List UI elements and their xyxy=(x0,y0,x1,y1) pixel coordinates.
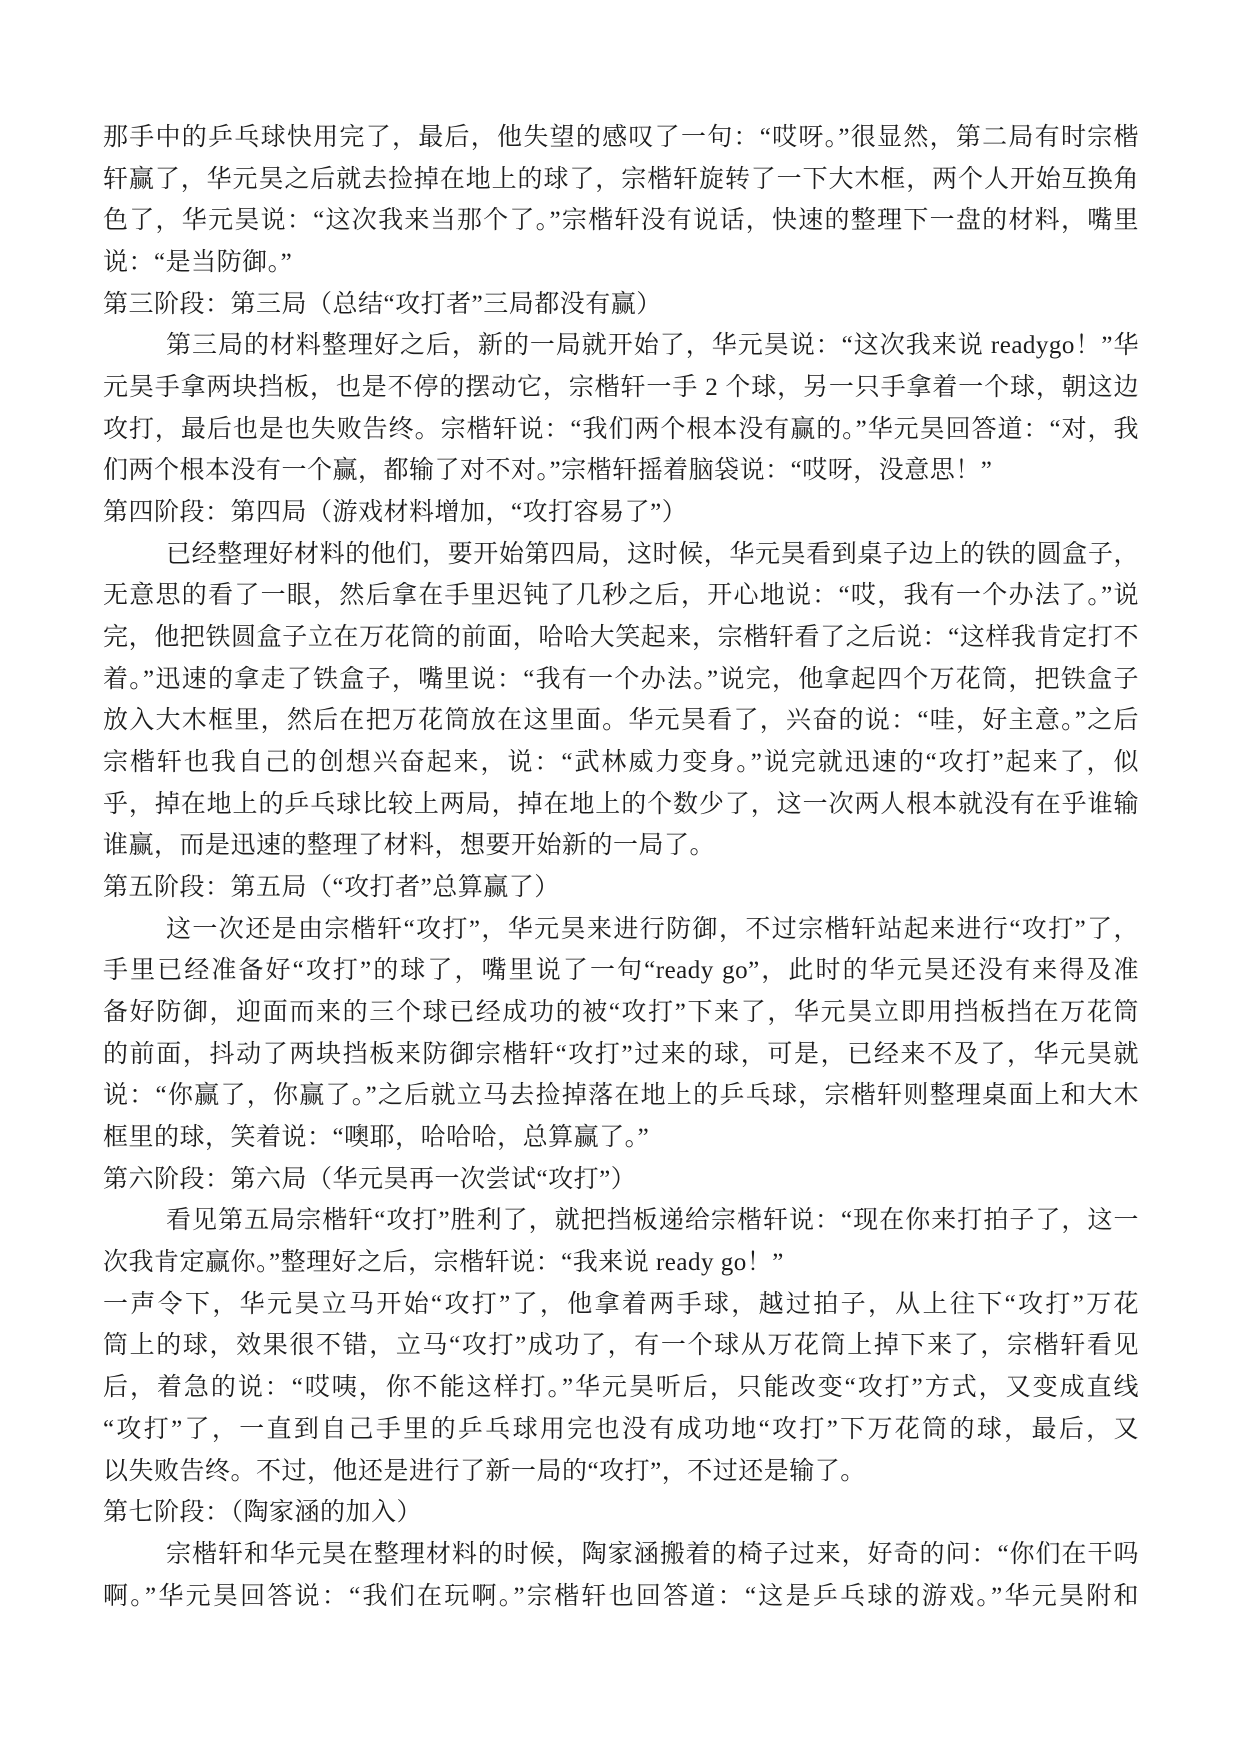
section-heading: 第三阶段：第三局（总结“攻打者”三局都没有赢） xyxy=(103,284,1139,326)
section-heading: 第七阶段：（陶家涵的加入） xyxy=(103,1492,1139,1534)
text-line: 说：“你赢了，你赢了。”之后就立马去捡掉落在地上的乒乓球，宗楷轩则整理桌面上和大… xyxy=(103,1075,1139,1117)
text-line: 备好防御，迎面而来的三个球已经成功的被“攻打”下来了，华元昊立即用挡板挡在万花筒 xyxy=(103,992,1139,1034)
text-line: 看见第五局宗楷轩“攻打”胜利了，就把挡板递给宗楷轩说：“现在你来打拍子了，这一 xyxy=(103,1200,1139,1242)
text-line: 次我肯定赢你。”整理好之后，宗楷轩说：“我来说 ready go！” xyxy=(103,1242,1139,1284)
text-line: 宗楷轩也我自己的创想兴奋起来，说：“武林威力变身。”说完就迅速的“攻打”起来了，… xyxy=(103,742,1139,784)
text-line: 筒上的球，效果很不错，立马“攻打”成功了，有一个球从万花筒上掉下来了，宗楷轩看见 xyxy=(103,1325,1139,1367)
text-line: 说：“是当防御。” xyxy=(103,242,1139,284)
text-line: 着。”迅速的拿走了铁盒子，嘴里说：“我有一个办法。”说完，他拿起四个万花筒，把铁… xyxy=(103,659,1139,701)
text-line: 这一次还是由宗楷轩“攻打”，华元昊来进行防御，不过宗楷轩站起来进行“攻打”了， xyxy=(103,909,1139,951)
text-line: 后，着急的说：“哎咦，你不能这样打。”华元昊听后，只能改变“攻打”方式，又变成直… xyxy=(103,1367,1139,1409)
section-heading: 第四阶段：第四局（游戏材料增加，“攻打容易了”） xyxy=(103,492,1139,534)
text-line: 已经整理好材料的他们，要开始第四局，这时候，华元昊看到桌子边上的铁的圆盒子， xyxy=(103,534,1139,576)
text-line: 啊。”华元昊回答说：“我们在玩啊。”宗楷轩也回答道：“这是乒乓球的游戏。”华元昊… xyxy=(103,1576,1139,1618)
text-line: 一声令下，华元昊立马开始“攻打”了，他拿着两手球，越过拍子，从上往下“攻打”万花 xyxy=(103,1284,1139,1326)
text-line: 以失败告终。不过，他还是进行了新一局的“攻打”，不过还是输了。 xyxy=(103,1451,1139,1493)
text-line: 们两个根本没有一个赢，都输了对不对。”宗楷轩摇着脑袋说：“哎呀，没意思！” xyxy=(103,450,1139,492)
section-heading: 第五阶段：第五局（“攻打者”总算赢了） xyxy=(103,867,1139,909)
text-line: 放入大木框里，然后在把万花筒放在这里面。华元昊看了，兴奋的说：“哇，好主意。”之… xyxy=(103,700,1139,742)
text-line: 无意思的看了一眼，然后拿在手里迟钝了几秒之后，开心地说：“哎，我有一个办法了。”… xyxy=(103,575,1139,617)
text-line: 轩赢了，华元昊之后就去捡掉在地上的球了，宗楷轩旋转了一下大木框，两个人开始互换角 xyxy=(103,159,1139,201)
text-line: 手里已经准备好“攻打”的球了，嘴里说了一句“ready go”，此时的华元昊还没… xyxy=(103,950,1139,992)
text-line: 完，他把铁圆盒子立在万花筒的前面，哈哈大笑起来，宗楷轩看了之后说：“这样我肯定打… xyxy=(103,617,1139,659)
text-line: 框里的球，笑着说：“噢耶，哈哈哈，总算赢了。” xyxy=(103,1117,1139,1159)
document-page: 那手中的乒乓球快用完了，最后，他失望的感叹了一句：“哎呀。”很显然，第二局有时宗… xyxy=(0,0,1241,1754)
section-heading: 第六阶段：第六局（华元昊再一次尝试“攻打”） xyxy=(103,1159,1139,1201)
text-line: 谁赢，而是迅速的整理了材料，想要开始新的一局了。 xyxy=(103,825,1139,867)
text-line: 那手中的乒乓球快用完了，最后，他失望的感叹了一句：“哎呀。”很显然，第二局有时宗… xyxy=(103,117,1139,159)
text-line: 宗楷轩和华元昊在整理材料的时候，陶家涵搬着的椅子过来，好奇的问：“你们在干吗 xyxy=(103,1534,1139,1576)
document-text-block: 那手中的乒乓球快用完了，最后，他失望的感叹了一句：“哎呀。”很显然，第二局有时宗… xyxy=(103,117,1139,1617)
text-line: 第三局的材料整理好之后，新的一局就开始了，华元昊说：“这次我来说 readygo… xyxy=(103,325,1139,367)
text-line: 乎，掉在地上的乒乓球比较上两局，掉在地上的个数少了，这一次两人根本就没有在乎谁输 xyxy=(103,784,1139,826)
text-line: 元昊手拿两块挡板，也是不停的摆动它，宗楷轩一手 2 个球，另一只手拿着一个球，朝… xyxy=(103,367,1139,409)
text-line: 攻打，最后也是也失败告终。宗楷轩说：“我们两个根本没有赢的。”华元昊回答道：“对… xyxy=(103,409,1139,451)
text-line: “攻打”了，一直到自己手里的乒乓球用完也没有成功地“攻打”下万花筒的球，最后，又 xyxy=(103,1409,1139,1451)
text-line: 的前面，抖动了两块挡板来防御宗楷轩“攻打”过来的球，可是，已经来不及了，华元昊就 xyxy=(103,1034,1139,1076)
text-line: 色了，华元昊说：“这次我来当那个了。”宗楷轩没有说话，快速的整理下一盘的材料，嘴… xyxy=(103,200,1139,242)
